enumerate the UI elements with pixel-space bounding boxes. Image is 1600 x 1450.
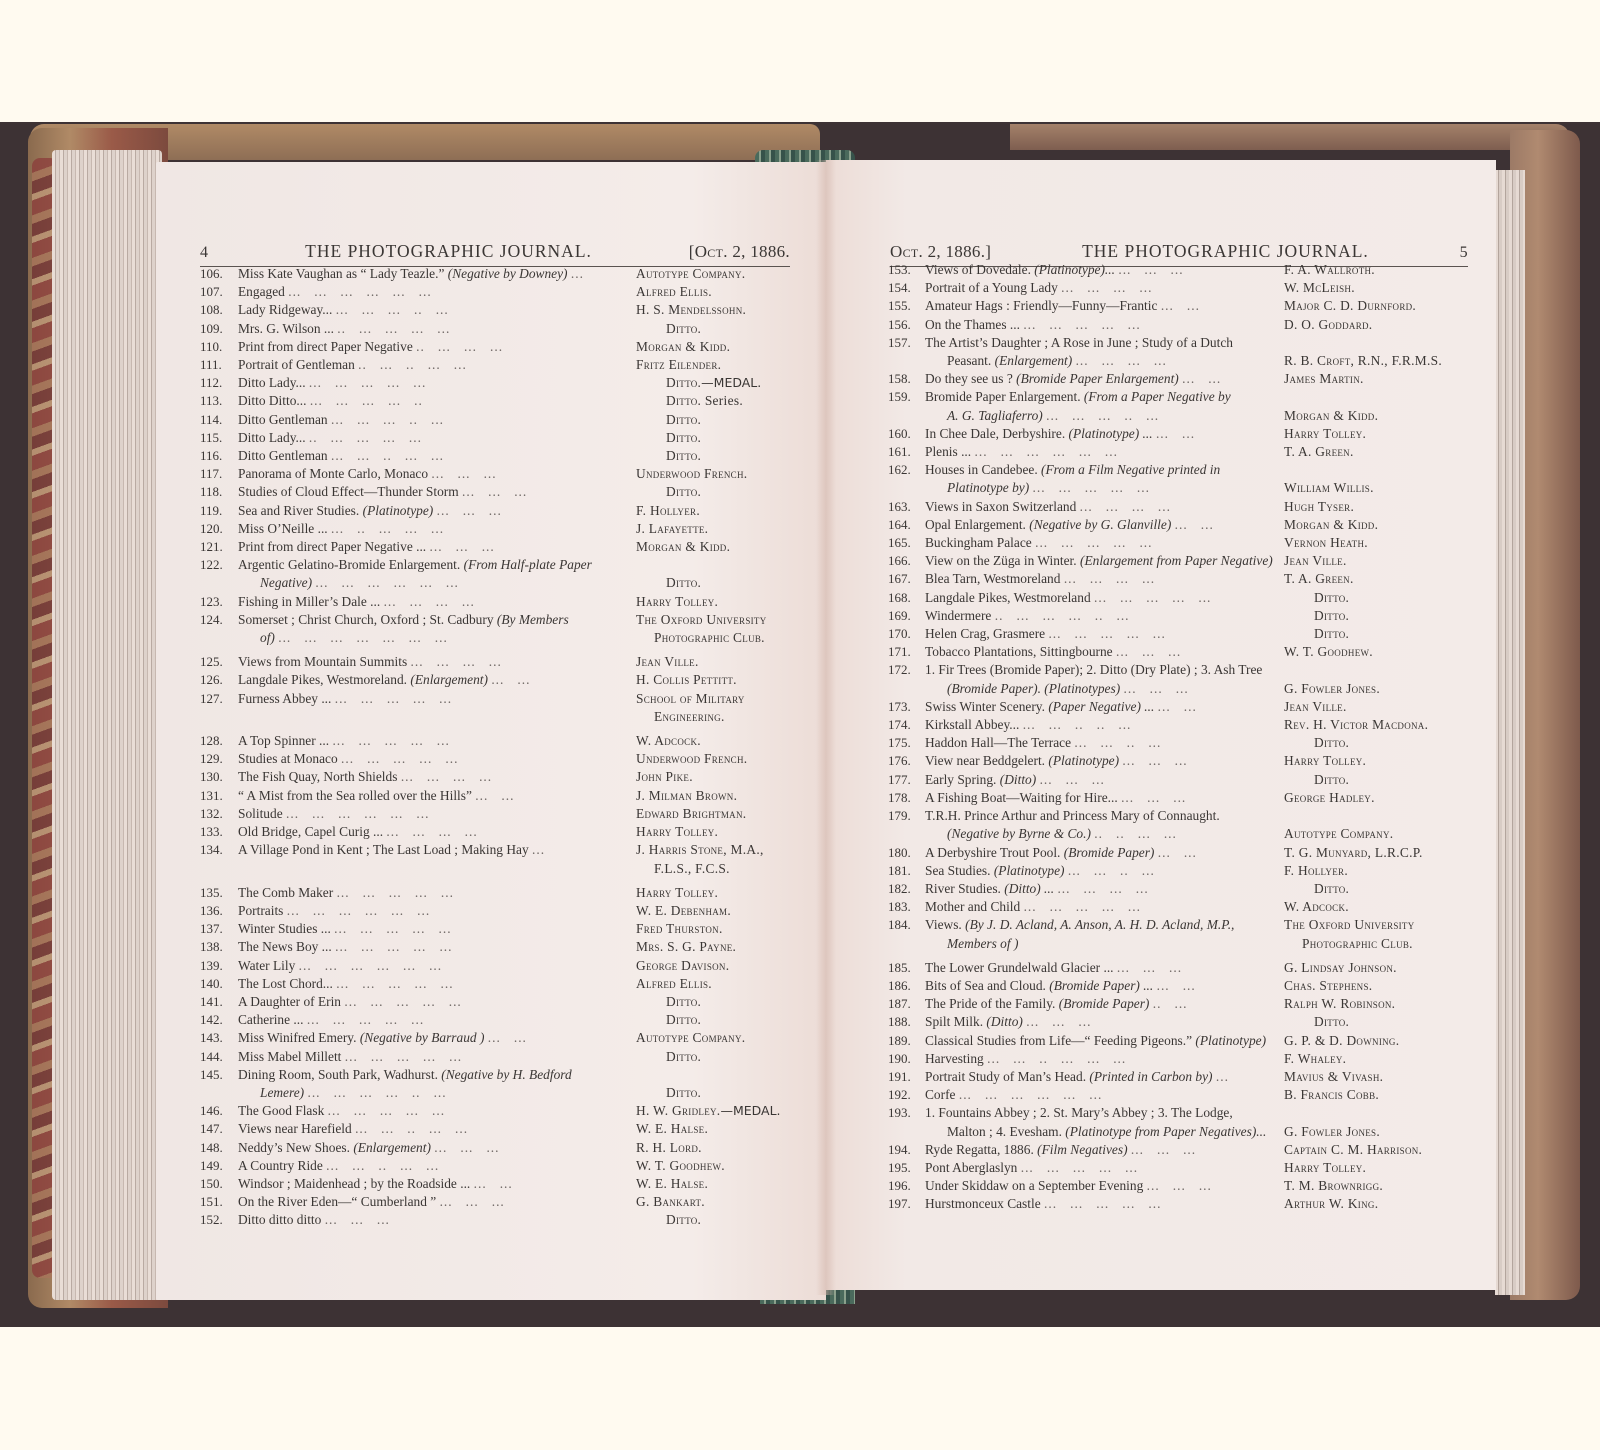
exhibit-title: View near Beddgelert. (Platinotype) ... … bbox=[925, 752, 1278, 770]
exhibit-number: 150. bbox=[200, 1175, 238, 1193]
exhibit-title-text: Classical Studies from Life—“ Feeding Pi… bbox=[925, 1033, 1192, 1048]
exhibitor-name-text: G. P. & D. Downing. bbox=[1284, 1033, 1399, 1048]
exhibitor-name-text: Ditto. bbox=[666, 1085, 701, 1100]
exhibitor-name-text: Mavius & Vivash. bbox=[1284, 1069, 1383, 1084]
exhibit-title: Ditto Gentleman ... ... ... .. ... bbox=[238, 411, 630, 429]
exhibit-title: Ditto Lady... ... ... ... ... ... bbox=[238, 374, 630, 392]
exhibitor-name: G. Fowler Jones. bbox=[1278, 1123, 1468, 1141]
exhibit-title-text: Tobacco Plantations, Sittingbourne bbox=[925, 644, 1113, 659]
exhibitor-name: Ditto.—MEDAL. bbox=[630, 374, 800, 392]
exhibit-title: In Chee Dale, Derbyshire. (Platinotype) … bbox=[925, 425, 1278, 443]
exhibitor-name-text: W. E. Halse. bbox=[636, 1176, 708, 1191]
exhibit-number: 152. bbox=[200, 1211, 238, 1229]
exhibit-entry: 194.Ryde Regatta, 1886. (Film Negatives)… bbox=[888, 1141, 1468, 1159]
exhibit-entry: 128.A Top Spinner ... ... ... ... ... ..… bbox=[200, 732, 800, 750]
exhibit-title-text: Views of Dovedale. bbox=[925, 262, 1031, 277]
exhibit-entry: 182.River Studies. (Ditto) ... ... ... .… bbox=[888, 880, 1468, 898]
exhibit-number: 190. bbox=[888, 1050, 925, 1068]
exhibitor-name-text: W. Adcock. bbox=[1284, 899, 1349, 914]
leader-dots: ... ... ... ... ... ... bbox=[288, 284, 431, 299]
exhibitor-name: T. A. Green. bbox=[1278, 570, 1468, 588]
exhibit-number: 138. bbox=[200, 938, 238, 956]
exhibitor-name-text: Ditto. bbox=[1314, 626, 1349, 641]
exhibitor-name-text: Rev. H. Victor Macdona. bbox=[1284, 717, 1428, 732]
exhibit-title: 1. Fir Trees (Bromide Paper); 2. Ditto (… bbox=[925, 661, 1278, 697]
exhibitor-name: Rev. H. Victor Macdona. bbox=[1278, 716, 1468, 734]
exhibitor-name-text: William Willis. bbox=[1284, 480, 1374, 495]
exhibit-title: 1. Fountains Abbey ; 2. St. Mary’s Abbey… bbox=[925, 1104, 1278, 1140]
exhibit-number: 173. bbox=[888, 698, 925, 716]
exhibit-entry: 141.A Daughter of Erin ... ... ... ... .… bbox=[200, 993, 800, 1011]
exhibit-title: Portraits ... ... ... ... ... ... bbox=[238, 902, 630, 920]
exhibit-note: (Negative by H. Bedford bbox=[441, 1067, 571, 1082]
exhibitor-name-text: The Oxford University bbox=[636, 612, 767, 627]
exhibit-entry: 163.Views in Saxon Switzerland ... ... .… bbox=[888, 498, 1468, 516]
exhibit-note: Members of ) bbox=[947, 936, 1018, 951]
exhibit-number: 164. bbox=[888, 516, 925, 534]
exhibit-entry: 177.Early Spring. (Ditto) ... ... ...Dit… bbox=[888, 771, 1468, 789]
exhibit-number: 153. bbox=[888, 261, 925, 279]
exhibit-entry: 161.Plenis ... ... ... ... ... ... ...T.… bbox=[888, 443, 1468, 461]
exhibit-number: 182. bbox=[888, 880, 925, 898]
exhibit-number: 160. bbox=[888, 425, 925, 443]
exhibit-title-continuation: (Negative by Byrne & Co.) .. .. ... ... bbox=[925, 825, 1274, 843]
exhibit-title-continuation: Malton ; 4. Evesham. (Platinotype from P… bbox=[925, 1123, 1274, 1141]
leader-dots: ... ... ... ... bbox=[1080, 499, 1171, 514]
exhibit-title-text: Buckingham Palace bbox=[925, 535, 1032, 550]
exhibitor-name: Ditto. bbox=[1278, 880, 1468, 898]
exhibit-entry: 158.Do they see us ? (Bromide Paper Enla… bbox=[888, 370, 1468, 388]
exhibit-title: Blea Tarn, Westmoreland ... ... ... ... bbox=[925, 570, 1278, 588]
page-number: 4 bbox=[200, 244, 208, 262]
exhibit-note: (Platinotype from Paper Negatives)... bbox=[1065, 1124, 1266, 1139]
leader-dots: ... ... ... bbox=[440, 1194, 505, 1209]
exhibit-title-text: Fishing in Miller’s Dale ... bbox=[238, 594, 380, 609]
exhibit-title-text: “ A Mist from the Sea rolled over the Hi… bbox=[238, 788, 472, 803]
leader-dots: ... ... ... ... bbox=[386, 824, 477, 839]
exhibitor-name: W. Adcock. bbox=[630, 732, 800, 750]
exhibit-title-text: Mrs. G. Wilson ... bbox=[238, 321, 334, 336]
exhibit-title-text: Hurstmonceux Castle bbox=[925, 1196, 1041, 1211]
exhibit-title-text: Portrait Study of Man’s Head. bbox=[925, 1069, 1086, 1084]
exhibit-number: 121. bbox=[200, 538, 238, 556]
exhibit-title: The Pride of the Family. (Bromide Paper)… bbox=[925, 995, 1278, 1013]
exhibitor-name-text: Captain C. M. Harrison. bbox=[1284, 1142, 1422, 1157]
exhibit-entry: 122.Argentic Gelatino-Bromide Enlargemen… bbox=[200, 556, 800, 592]
exhibit-title: Print from direct Paper Negative ... ...… bbox=[238, 538, 630, 556]
exhibitor-name-text: W. E. Debenham. bbox=[636, 903, 731, 918]
exhibitor-name-text: W. McLeish. bbox=[1284, 280, 1355, 295]
exhibit-title-text: A Village Pond in Kent ; The Last Load ;… bbox=[238, 842, 529, 857]
leader-dots: ... ... ... ... ... bbox=[1024, 899, 1141, 914]
exhibit-number: 114. bbox=[200, 411, 238, 429]
exhibitor-name-text: Ditto. bbox=[666, 430, 701, 445]
exhibit-title: Sea and River Studies. (Platinotype) ...… bbox=[238, 502, 630, 520]
exhibit-title-text: Ditto Ditto... bbox=[238, 393, 306, 408]
exhibit-title-text: Ditto ditto ditto bbox=[238, 1212, 321, 1227]
exhibit-note: (Paper Negative) ... bbox=[1048, 699, 1154, 714]
exhibit-title: Tobacco Plantations, Sittingbourne ... .… bbox=[925, 643, 1278, 661]
exhibit-title-text: Miss Mabel Millett bbox=[238, 1049, 341, 1064]
leader-dots: ... ... .. ... ... bbox=[326, 1158, 439, 1173]
exhibitor-name: F. Hollyer. bbox=[630, 502, 800, 520]
exhibitor-name-text: Harry Tolley. bbox=[636, 824, 718, 839]
exhibit-title-continuation: of) ... ... ... ... ... ... ... bbox=[238, 629, 626, 647]
exhibit-title: Corfe ... ... ... ... ... ... bbox=[925, 1086, 1278, 1104]
exhibitor-name-text: J. Milman Brown. bbox=[636, 788, 737, 803]
exhibit-title: Hurstmonceux Castle ... ... ... ... ... bbox=[925, 1195, 1278, 1213]
exhibit-title-text: In Chee Dale, Derbyshire. bbox=[925, 426, 1065, 441]
exhibit-number: 174. bbox=[888, 716, 925, 734]
leader-dots: ... ... ... ... ... bbox=[335, 691, 452, 706]
exhibit-note: (Enlargement) bbox=[410, 672, 488, 687]
exhibit-title-text: View near Beddgelert. bbox=[925, 753, 1045, 768]
exhibit-title: Windsor ; Maidenhead ; by the Roadside .… bbox=[238, 1175, 630, 1193]
exhibit-entry: 121.Print from direct Paper Negative ...… bbox=[200, 538, 800, 556]
exhibit-entry: 180.A Derbyshire Trout Pool. (Bromide Pa… bbox=[888, 844, 1468, 862]
exhibit-entry: 135.The Comb Maker ... ... ... ... ...Ha… bbox=[200, 884, 800, 902]
exhibitor-name: Hugh Tyser. bbox=[1278, 498, 1468, 516]
exhibit-number: 161. bbox=[888, 443, 925, 461]
exhibit-title-text: Under Skiddaw on a September Evening bbox=[925, 1178, 1143, 1193]
exhibit-title-text: Views. bbox=[925, 917, 962, 932]
exhibit-number: 128. bbox=[200, 732, 238, 750]
exhibit-title-text: Ryde Regatta, 1886. bbox=[925, 1142, 1034, 1157]
exhibit-title: Swiss Winter Scenery. (Paper Negative) .… bbox=[925, 698, 1278, 716]
exhibit-title-text: Portrait of a Young Lady bbox=[925, 280, 1058, 295]
exhibit-entry: 187.The Pride of the Family. (Bromide Pa… bbox=[888, 995, 1468, 1013]
exhibit-number: 125. bbox=[200, 653, 238, 671]
leader-dots: .. .. ... ... bbox=[1094, 826, 1177, 841]
exhibit-note: (By Members bbox=[497, 612, 569, 627]
exhibitor-name-text: Autotype Company. bbox=[636, 1030, 745, 1045]
exhibit-number: 120. bbox=[200, 520, 238, 538]
exhibitor-name: G. P. & D. Downing. bbox=[1278, 1032, 1468, 1050]
exhibit-title-text: Bromide Paper Enlargement. bbox=[925, 389, 1081, 404]
exhibit-number: 106. bbox=[200, 265, 238, 283]
exhibit-title-text: Kirkstall Abbey... bbox=[925, 717, 1019, 732]
exhibitor-name-text: George Davison. bbox=[636, 958, 729, 973]
exhibit-title: Opal Enlargement. (Negative by G. Glanvi… bbox=[925, 516, 1278, 534]
leader-dots: ... ... ... bbox=[462, 484, 527, 499]
exhibitor-name: W. E. Halse. bbox=[630, 1120, 800, 1138]
exhibit-title-text: The Fish Quay, North Shields bbox=[238, 769, 397, 784]
exhibit-title-continuation: Peasant. (Enlargement) ... ... ... ... bbox=[925, 352, 1274, 370]
exhibitor-name: Morgan & Kidd. bbox=[1278, 516, 1468, 534]
exhibit-title-text: Panorama of Monte Carlo, Monaco bbox=[238, 466, 428, 481]
exhibit-entry: 144.Miss Mabel Millett ... ... ... ... .… bbox=[200, 1048, 800, 1066]
exhibit-number: 176. bbox=[888, 752, 925, 770]
exhibit-number: 134. bbox=[200, 841, 238, 859]
exhibit-title-text: Plenis ... bbox=[925, 444, 971, 459]
leader-dots: ... ... bbox=[1158, 699, 1197, 714]
exhibit-number: 168. bbox=[888, 589, 925, 607]
exhibit-note: (Platinotype) bbox=[363, 503, 434, 518]
series-note: Series. bbox=[705, 393, 743, 408]
exhibitor-name-text: J. Harris Stone, M.A., bbox=[636, 842, 764, 857]
leader-dots: ... ... ... ... ... bbox=[345, 1049, 462, 1064]
exhibit-entry: 123.Fishing in Miller’s Dale ... ... ...… bbox=[200, 593, 800, 611]
exhibit-number: 118. bbox=[200, 483, 238, 501]
exhibitor-name-text: Morgan & Kidd. bbox=[636, 539, 730, 554]
exhibitor-name-text: H. Collis Pettitt. bbox=[636, 672, 737, 687]
exhibitor-name: Ditto. bbox=[630, 1011, 800, 1029]
exhibitor-name: J. Harris Stone, M.A.,F.L.S., F.C.S. bbox=[630, 841, 800, 877]
exhibit-entry: 146.The Good Flask ... ... ... ... ...H.… bbox=[200, 1102, 800, 1120]
leader-dots: ... ... ... bbox=[1122, 753, 1187, 768]
exhibit-number: 189. bbox=[888, 1032, 925, 1050]
exhibit-entry: 132.Solitude ... ... ... ... ... ...Edwa… bbox=[200, 805, 800, 823]
exhibit-title-text: Dining Room, South Park, Wadhurst. bbox=[238, 1067, 438, 1082]
exhibit-number: 119. bbox=[200, 502, 238, 520]
leader-dots: .. ... bbox=[1153, 996, 1188, 1011]
exhibitor-name: Morgan & Kidd. bbox=[630, 538, 800, 556]
exhibitor-name: Ditto. bbox=[1278, 1013, 1468, 1031]
exhibit-number: 178. bbox=[888, 789, 925, 807]
leader-dots: ... ... ... bbox=[1040, 772, 1105, 787]
exhibit-entry: 147.Views near Harefield ... ... .. ... … bbox=[200, 1120, 800, 1138]
leader-dots: ... ... ... ... .. ... bbox=[307, 1085, 446, 1100]
exhibitor-name: Edward Brightman. bbox=[630, 805, 800, 823]
exhibit-title-text: Ditto Lady... bbox=[238, 375, 306, 390]
exhibit-number: 109. bbox=[200, 320, 238, 338]
exhibitor-name: J. Lafayette. bbox=[630, 520, 800, 538]
exhibit-entry: 118.Studies of Cloud Effect—Thunder Stor… bbox=[200, 483, 800, 501]
exhibitor-name-text: Autotype Company. bbox=[1284, 826, 1393, 841]
exhibitor-name-text: Edward Brightman. bbox=[636, 806, 746, 821]
exhibitor-name: Ditto. bbox=[630, 447, 800, 465]
exhibit-number: 155. bbox=[888, 297, 925, 315]
exhibit-number: 197. bbox=[888, 1195, 925, 1213]
exhibit-number: 139. bbox=[200, 957, 238, 975]
exhibit-number: 177. bbox=[888, 771, 925, 789]
exhibitor-name-text: Jean Ville. bbox=[1284, 553, 1347, 568]
exhibit-number: 191. bbox=[888, 1068, 925, 1086]
exhibit-entry: 197.Hurstmonceux Castle ... ... ... ... … bbox=[888, 1195, 1468, 1213]
leader-dots: ... ... ... ... ... bbox=[1035, 535, 1152, 550]
exhibit-title-continuation: Lemere) ... ... ... ... .. ... bbox=[238, 1084, 626, 1102]
leader-dots: ... ... ... bbox=[1118, 262, 1183, 277]
exhibit-title-text: Studies of Cloud Effect—Thunder Storm bbox=[238, 484, 459, 499]
leader-dots: ... ... .. ... ... bbox=[355, 1121, 468, 1136]
exhibit-title: Print from direct Paper Negative .. ... … bbox=[238, 338, 630, 356]
exhibitor-name-text: Ditto. bbox=[1314, 881, 1349, 896]
leader-dots: ... ... .. .. ... bbox=[1023, 717, 1132, 732]
exhibitor-name-text: D. O. Goddard. bbox=[1284, 317, 1372, 332]
exhibitor-name-text: Arthur W. King. bbox=[1284, 1196, 1378, 1211]
exhibit-note: (Platinotype)... bbox=[1034, 262, 1115, 277]
exhibitor-name: Autotype Company. bbox=[630, 265, 800, 283]
exhibit-title: Bromide Paper Enlargement. (From a Paper… bbox=[925, 388, 1278, 424]
exhibit-title: Ditto Lady... .. ... ... ... ... bbox=[238, 429, 630, 447]
exhibitor-name-text: Fred Thurston. bbox=[636, 921, 723, 936]
exhibit-entry: 140.The Lost Chord... ... ... ... ... ..… bbox=[200, 975, 800, 993]
exhibit-title: Ryde Regatta, 1886. (Film Negatives) ...… bbox=[925, 1141, 1278, 1159]
exhibitor-name-text: Chas. Stephens. bbox=[1284, 978, 1372, 993]
exhibit-title-text: Sea Studies. bbox=[925, 863, 990, 878]
exhibitor-name-text: Morgan & Kidd. bbox=[1284, 517, 1378, 532]
exhibit-title-text: 1. Fir Trees (Bromide Paper); 2. Ditto (… bbox=[925, 662, 1262, 677]
exhibit-number: 143. bbox=[200, 1029, 238, 1047]
exhibit-title-text: T.R.H. Prince Arthur and Princess Mary o… bbox=[925, 808, 1220, 823]
exhibit-entry: 114.Ditto Gentleman ... ... ... .. ...Di… bbox=[200, 411, 800, 429]
exhibitor-name-text: Ditto. bbox=[666, 1049, 701, 1064]
exhibit-title-text: Miss Winifred Emery. bbox=[238, 1030, 356, 1045]
exhibit-number: 130. bbox=[200, 768, 238, 786]
exhibit-entry: 183.Mother and Child ... ... ... ... ...… bbox=[888, 898, 1468, 916]
exhibit-title-text: Peasant. bbox=[947, 353, 991, 368]
leader-dots: ... ... ... bbox=[437, 503, 502, 518]
exhibit-entry: 162.Houses in Candebee. (From a Film Neg… bbox=[888, 461, 1468, 497]
exhibit-entry: 185.The Lower Grundelwald Glacier ... ..… bbox=[888, 959, 1468, 977]
exhibit-title-text: Haddon Hall—The Terrace bbox=[925, 735, 1071, 750]
exhibitor-name: Morgan & Kidd. bbox=[1278, 407, 1468, 425]
exhibit-entry: 134.A Village Pond in Kent ; The Last Lo… bbox=[200, 841, 800, 877]
exhibit-title: Panorama of Monte Carlo, Monaco ... ... … bbox=[238, 465, 630, 483]
exhibit-title: Miss O’Neille ... ... .. ... ... ... bbox=[238, 520, 630, 538]
exhibit-note: (Negative by Barraud ) bbox=[360, 1030, 485, 1045]
exhibitor-name: Ditto. bbox=[630, 993, 800, 1011]
exhibit-note: (Film Negatives) bbox=[1037, 1142, 1127, 1157]
exhibitor-name: H. Collis Pettitt. bbox=[630, 671, 800, 689]
exhibit-title-text: Windsor ; Maidenhead ; by the Roadside .… bbox=[238, 1176, 470, 1191]
exhibit-number: 108. bbox=[200, 301, 238, 319]
exhibitor-name-text: Morgan & Kidd. bbox=[636, 339, 730, 354]
exhibit-entry: 168.Langdale Pikes, Westmoreland ... ...… bbox=[888, 589, 1468, 607]
exhibit-title-text: Early Spring. bbox=[925, 772, 996, 787]
leader-dots: ... ... ... ... ... bbox=[1033, 480, 1150, 495]
exhibit-entry: 133.Old Bridge, Capel Curig ... ... ... … bbox=[200, 823, 800, 841]
exhibitor-name-text: Autotype Company. bbox=[636, 266, 745, 281]
exhibitor-name-text: Harry Tolley. bbox=[636, 885, 718, 900]
exhibitor-name: Mrs. S. G. Payne. bbox=[630, 938, 800, 956]
exhibit-title: A Daughter of Erin ... ... ... ... ... bbox=[238, 993, 630, 1011]
exhibit-title-text: On the Thames ... bbox=[925, 317, 1020, 332]
leader-dots: ... bbox=[571, 266, 584, 281]
exhibit-title: Helen Crag, Grasmere ... ... ... ... ... bbox=[925, 625, 1278, 643]
exhibit-note: of) bbox=[260, 630, 275, 645]
exhibitor-name: William Willis. bbox=[1278, 479, 1468, 497]
exhibitor-name-text: Jean Ville. bbox=[1284, 699, 1347, 714]
leader-dots: ... .. ... ... ... bbox=[331, 521, 444, 536]
exhibit-entry: 145.Dining Room, South Park, Wadhurst. (… bbox=[200, 1066, 800, 1102]
exhibit-entry: 166.View on the Züga in Winter. (Enlarge… bbox=[888, 552, 1468, 570]
exhibitor-name: T. M. Brownrigg. bbox=[1278, 1177, 1468, 1195]
exhibit-note: (Platinotype) bbox=[994, 863, 1065, 878]
exhibit-title: Amateur Hags : Friendly—Funny—Frantic ..… bbox=[925, 297, 1278, 315]
exhibit-title: Winter Studies ... ... ... ... ... ... bbox=[238, 920, 630, 938]
exhibit-title-text: Harvesting bbox=[925, 1051, 984, 1066]
exhibit-title: Classical Studies from Life—“ Feeding Pi… bbox=[925, 1032, 1278, 1050]
exhibit-number: 123. bbox=[200, 593, 238, 611]
exhibitor-name: W. E. Halse. bbox=[630, 1175, 800, 1193]
exhibit-title-text: Solitude bbox=[238, 806, 283, 821]
exhibitor-name: W. E. Debenham. bbox=[630, 902, 800, 920]
exhibit-number: 122. bbox=[200, 556, 238, 574]
exhibitor-name-text: Harry Tolley. bbox=[1284, 1160, 1366, 1175]
exhibit-title-text: Views from Mountain Summits bbox=[238, 654, 407, 669]
leader-dots: ... ... ... ... ... bbox=[1023, 317, 1140, 332]
leader-dots: ... ... bbox=[475, 788, 514, 803]
exhibit-title-text: Blea Tarn, Westmoreland bbox=[925, 571, 1060, 586]
exhibit-entry: 173.Swiss Winter Scenery. (Paper Negativ… bbox=[888, 698, 1468, 716]
exhibit-title: The Good Flask ... ... ... ... ... bbox=[238, 1102, 630, 1120]
exhibit-title: View on the Züga in Winter. (Enlargement… bbox=[925, 552, 1278, 570]
exhibitor-name-text: Major C. D. Durnford. bbox=[1284, 298, 1416, 313]
exhibit-title-text: Ditto Lady... bbox=[238, 430, 306, 445]
exhibit-entry: 110.Print from direct Paper Negative .. … bbox=[200, 338, 800, 356]
exhibitor-name: Alfred Ellis. bbox=[630, 283, 800, 301]
exhibitor-name: Jean Ville. bbox=[1278, 552, 1468, 570]
exhibit-number: 171. bbox=[888, 643, 925, 661]
exhibit-number: 132. bbox=[200, 805, 238, 823]
exhibitor-name-text: Ditto. bbox=[666, 484, 701, 499]
exhibit-title: Views in Saxon Switzerland ... ... ... .… bbox=[925, 498, 1278, 516]
journal-title: THE PHOTOGRAPHIC JOURNAL. bbox=[1082, 241, 1369, 262]
exhibit-entry: 152.Ditto ditto ditto ... ... ...Ditto. bbox=[200, 1211, 800, 1229]
exhibit-entry: 127.Furness Abbey ... ... ... ... ... ..… bbox=[200, 690, 800, 726]
exhibit-number: 157. bbox=[888, 334, 925, 352]
exhibit-entry: 176.View near Beddgelert. (Platinotype) … bbox=[888, 752, 1468, 770]
leader-dots: ... ... ... ... ... bbox=[332, 733, 449, 748]
exhibitor-name-text: James Martin. bbox=[1284, 371, 1364, 386]
page-number: 5 bbox=[1460, 244, 1468, 262]
exhibit-note: Negative) bbox=[260, 575, 312, 590]
exhibit-title: Ditto Ditto... ... ... ... ... .. bbox=[238, 392, 630, 410]
exhibit-title-text: River Studies. bbox=[925, 881, 1001, 896]
exhibit-number: 144. bbox=[200, 1048, 238, 1066]
exhibitor-name-text: Fritz Eilender. bbox=[636, 357, 721, 372]
exhibit-title: Argentic Gelatino-Bromide Enlargement. (… bbox=[238, 556, 630, 592]
leader-dots: ... ... ... ... .. bbox=[310, 393, 423, 408]
exhibitor-name-text: Ditto. bbox=[666, 1212, 701, 1227]
exhibitor-name: Autotype Company. bbox=[1278, 825, 1468, 843]
exhibit-number: 148. bbox=[200, 1139, 238, 1157]
exhibit-number: 175. bbox=[888, 734, 925, 752]
exhibit-entry: 106.Miss Kate Vaughan as “ Lady Teazle.”… bbox=[200, 265, 800, 283]
leader-dots: ... ... ... bbox=[325, 1212, 390, 1227]
exhibit-entry: 120.Miss O’Neille ... ... .. ... ... ...… bbox=[200, 520, 800, 538]
exhibit-title: Langdale Pikes, Westmoreland. (Enlargeme… bbox=[238, 671, 630, 689]
exhibitor-name: D. O. Goddard. bbox=[1278, 316, 1468, 334]
leader-dots: ... ... ... ... ... ... ... bbox=[278, 630, 448, 645]
exhibitor-name-text: Ditto. bbox=[666, 412, 701, 427]
exhibit-number: 117. bbox=[200, 465, 238, 483]
leader-dots: .. ... ... ... .. ... bbox=[995, 608, 1130, 623]
exhibitor-name: Underwood French. bbox=[630, 465, 800, 483]
exhibit-title-text: Miss O’Neille ... bbox=[238, 521, 328, 536]
exhibit-number: 145. bbox=[200, 1066, 238, 1084]
exhibit-title: River Studies. (Ditto) ... ... ... ... .… bbox=[925, 880, 1278, 898]
leader-dots: ... ... bbox=[474, 1176, 513, 1191]
exhibitor-name: R. H. Lord. bbox=[630, 1139, 800, 1157]
exhibitor-name: Ditto. bbox=[1278, 607, 1468, 625]
exhibit-entry: 165.Buckingham Palace ... ... ... ... ..… bbox=[888, 534, 1468, 552]
exhibitor-name-text: Ditto. bbox=[1314, 772, 1349, 787]
exhibit-title: Portrait of Gentleman .. ... .. ... ... bbox=[238, 356, 630, 374]
exhibit-number: 167. bbox=[888, 570, 925, 588]
exhibit-title-text: Corfe bbox=[925, 1087, 956, 1102]
exhibitor-name: Fritz Eilender. bbox=[630, 356, 800, 374]
exhibit-entry: 142.Catherine ... ... ... ... ... ...Dit… bbox=[200, 1011, 800, 1029]
exhibit-entry: 130.The Fish Quay, North Shields ... ...… bbox=[200, 768, 800, 786]
exhibitor-name: Captain C. M. Harrison. bbox=[1278, 1141, 1468, 1159]
issue-date: [Oct. 2, 1886. bbox=[689, 242, 790, 262]
exhibitor-name: W. T. Goodhew. bbox=[1278, 643, 1468, 661]
exhibit-title-text: Furness Abbey ... bbox=[238, 691, 331, 706]
leader-dots: ... ... ... ... ... ... bbox=[959, 1087, 1102, 1102]
leader-dots: ... ... ... bbox=[1116, 644, 1181, 659]
